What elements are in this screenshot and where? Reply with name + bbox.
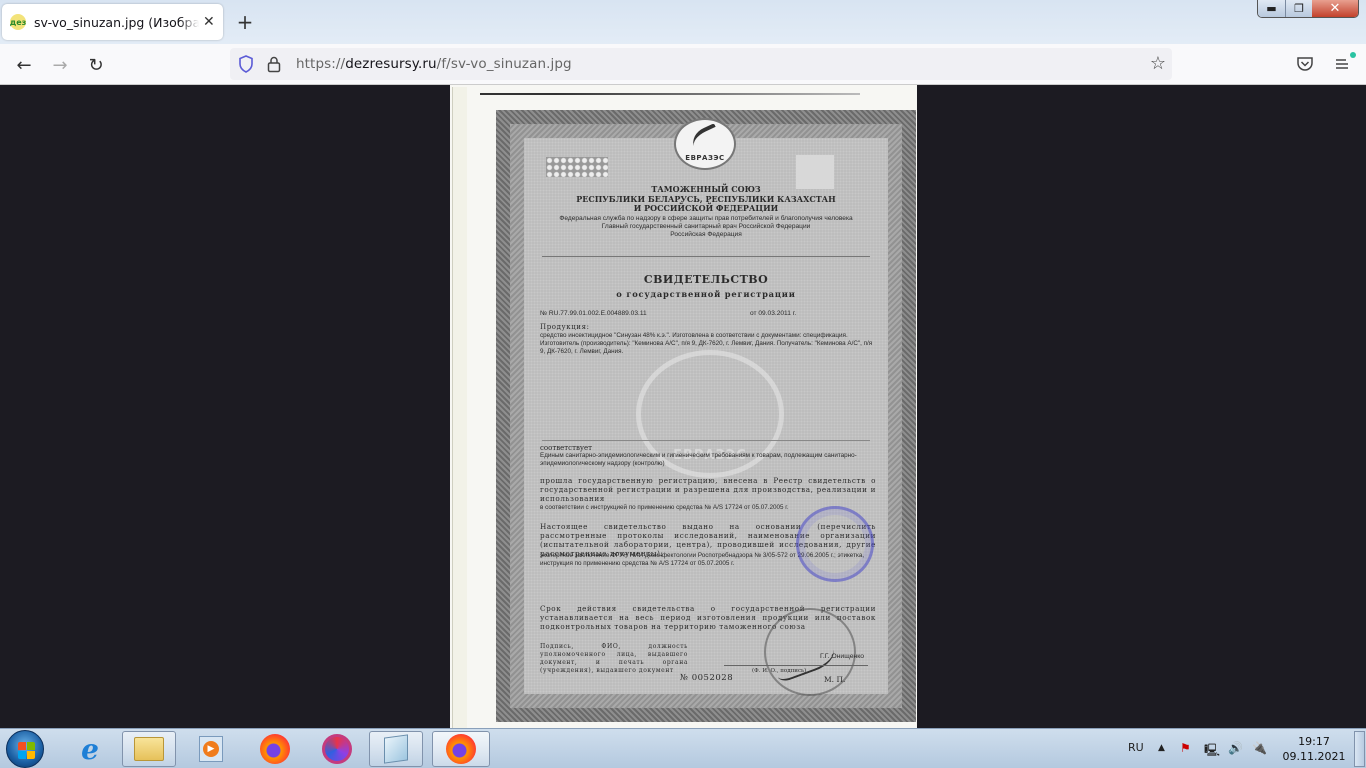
taskbar-firefox-active[interactable] [432, 731, 490, 767]
opera-icon [322, 734, 352, 764]
show-hidden-icons-button[interactable]: ▲ [1158, 743, 1165, 753]
certificate-frame: ЕВРАЗЭС ТАМОЖЕННЫЙ СОЮЗ РЕСПУБЛИКИ БЕЛАР… [496, 110, 916, 722]
media-player-icon: ▶ [199, 736, 223, 762]
show-desktop-button[interactable] [1354, 731, 1365, 767]
signature-label: Подпись, ФИО, должность уполномоченного … [540, 643, 688, 675]
address-bar[interactable]: https://dezresursy.ru/f/sv-vo_sinuzan.jp… [230, 48, 1172, 80]
blue-stamp [796, 506, 874, 582]
certificate-subtitle: о государственной регистрации [524, 289, 888, 299]
tracking-shield-icon[interactable] [238, 55, 254, 73]
window-controls: ▬ ❐ ✕ [1257, 0, 1359, 18]
navigation-toolbar: ← → ↻ https://dezresursy.ru/f/sv-vo_sinu… [0, 44, 1366, 85]
scan-edge [452, 87, 467, 728]
certificate-title: СВИДЕТЕЛЬСТВО [524, 273, 888, 286]
union-line: И РОССИЙСКОЙ ФЕДЕРАЦИИ [524, 204, 888, 214]
start-button[interactable] [6, 730, 44, 768]
divider [542, 440, 870, 441]
folder-icon [134, 737, 164, 761]
evrazes-emblem-icon: ЕВРАЗЭС [674, 118, 736, 170]
clock-date: 09.11.2021 [1276, 749, 1352, 764]
taskbar-opera[interactable] [312, 731, 362, 767]
clock[interactable]: 19:17 09.11.2021 [1276, 734, 1352, 764]
certificate-date: от 09.03.2011 г. [750, 310, 796, 318]
agency-heading: Федеральная служба по надзору в сфере за… [524, 215, 888, 239]
tab-title: sv-vo_sinuzan.jpg (Изображение [34, 15, 199, 30]
lock-icon[interactable] [266, 55, 282, 73]
agency-line: Главный государственный санитарный врач … [524, 223, 888, 231]
update-badge [1350, 52, 1356, 58]
taskbar-firefox[interactable] [250, 731, 300, 767]
reload-button[interactable]: ↻ [84, 53, 108, 77]
divider [542, 256, 870, 257]
tab-active[interactable]: дез sv-vo_sinuzan.jpg (Изображение ✕ [2, 4, 223, 40]
agency-line: Федеральная служба по надзору в сфере за… [524, 215, 888, 223]
product-label: Продукция: [540, 323, 876, 331]
signature-line [724, 665, 868, 666]
close-window-button[interactable]: ✕ [1312, 0, 1358, 17]
union-heading: ТАМОЖЕННЫЙ СОЮЗ РЕСПУБЛИКИ БЕЛАРУСЬ, РЕС… [524, 185, 888, 214]
emblem-label: ЕВРАЗЭС [685, 154, 724, 162]
action-center-flag-icon[interactable]: ⚑ [1180, 741, 1191, 755]
internet-explorer-icon: e [81, 733, 99, 766]
new-tab-button[interactable]: + [234, 10, 256, 34]
scan-line [480, 93, 860, 95]
taskbar-notepad[interactable] [369, 731, 423, 767]
windows-logo-icon [18, 742, 26, 750]
clock-time: 19:17 [1276, 734, 1352, 749]
signatory-name: Г.Г. Онищенко [820, 653, 876, 661]
agency-line: Российская Федерация [524, 231, 888, 239]
forward-button[interactable]: → [48, 53, 72, 77]
firefox-icon [446, 734, 476, 764]
language-indicator[interactable]: RU [1128, 741, 1144, 754]
tab-close-icon[interactable]: ✕ [203, 14, 215, 30]
pocket-icon[interactable] [1296, 56, 1314, 72]
registered-text: прошла государственную регистрацию, внес… [540, 476, 876, 503]
certificate-number: RU.77.99.01.002.E.004889.03.11 [549, 310, 647, 317]
windows-logo-icon [18, 751, 26, 759]
title-bar: дез sv-vo_sinuzan.jpg (Изображение ✕ + ▬… [0, 0, 1366, 44]
volume-icon[interactable]: 🔊 [1228, 741, 1243, 755]
url-text[interactable]: https://dezresursy.ru/f/sv-vo_sinuzan.jp… [296, 56, 572, 72]
taskbar-media-player[interactable]: ▶ [186, 731, 236, 767]
image-viewport: ЕВРАЗЭС ТАМОЖЕННЫЙ СОЮЗ РЕСПУБЛИКИ БЕЛАР… [0, 85, 1366, 728]
taskbar-explorer[interactable] [122, 731, 176, 767]
hologram-area [796, 155, 834, 189]
windows-logo-icon [27, 742, 35, 750]
back-button[interactable]: ← [12, 53, 36, 77]
hamburger-menu-icon [1334, 56, 1350, 72]
windows-logo-icon [27, 751, 35, 759]
conforms-label: соответствует [540, 444, 876, 452]
reload-icon: ↻ [88, 55, 103, 76]
url-path: /f/sv-vo_sinuzan.jpg [437, 56, 572, 72]
restore-button[interactable]: ❐ [1286, 0, 1312, 17]
arrow-right-icon: → [52, 55, 67, 76]
windows-taskbar: e ▶ RU ▲ ⚑ 🖳 🔊 🔌 19:17 09.11.2021 [0, 728, 1366, 768]
notepad-icon [384, 734, 408, 763]
conforms-text: Единым санитарно-эпидемиологическим и ги… [540, 452, 876, 468]
minimize-button[interactable]: ▬ [1258, 0, 1286, 17]
app-menu-button[interactable] [1334, 56, 1350, 72]
arrow-left-icon: ← [16, 55, 31, 76]
mp-label: М. П. [824, 676, 876, 684]
number-label: № [540, 310, 547, 317]
firefox-icon [260, 734, 290, 764]
taskbar-internet-explorer[interactable]: e [66, 731, 114, 767]
url-host: dezresursy.ru [345, 56, 436, 72]
security-pattern [546, 157, 608, 177]
certificate-image[interactable]: ЕВРАЗЭС ТАМОЖЕННЫЙ СОЮЗ РЕСПУБЛИКИ БЕЛАР… [450, 85, 917, 728]
certificate-body: ЕВРАЗЭС ТАМОЖЕННЫЙ СОЮЗ РЕСПУБЛИКИ БЕЛАР… [524, 138, 888, 694]
site-favicon-icon: дез [10, 14, 26, 30]
power-icon[interactable]: 🔌 [1252, 741, 1267, 755]
certificate-number-row: № RU.77.99.01.002.E.004889.03.11 от 09.0… [540, 310, 876, 318]
bookmark-star-icon[interactable]: ☆ [1150, 53, 1166, 74]
url-scheme: https:// [296, 56, 345, 72]
network-icon[interactable]: 🖳 [1204, 741, 1220, 762]
